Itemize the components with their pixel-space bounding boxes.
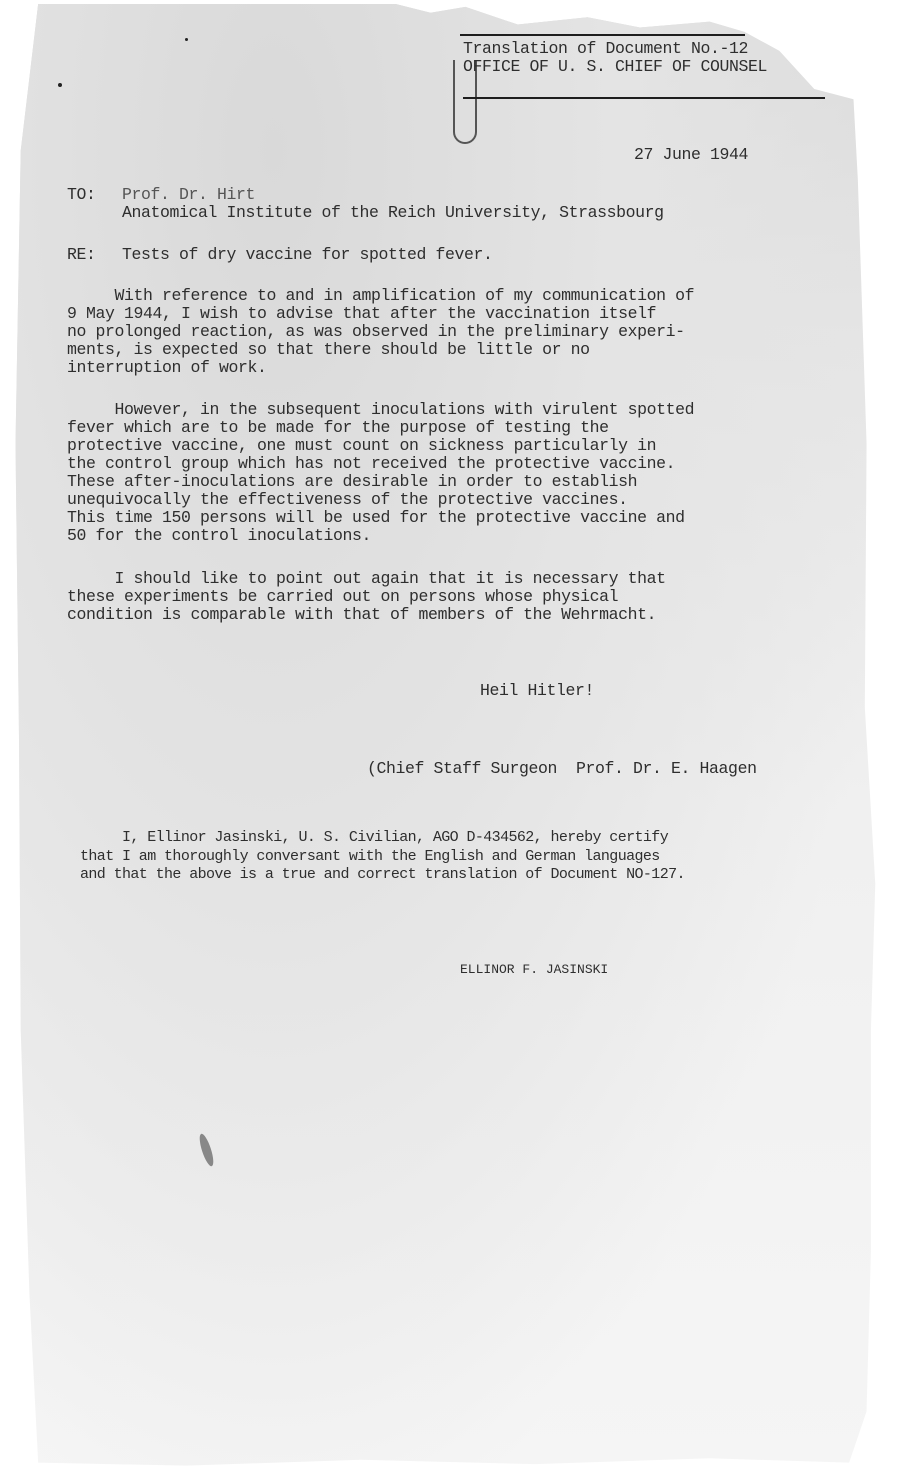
paragraph-line: However, in the subsequent inoculations …	[67, 401, 694, 419]
document-page	[12, 4, 884, 1470]
paragraph-line: unequivocally the effectiveness of the p…	[67, 491, 628, 509]
paragraph-line: these experiments be carried out on pers…	[67, 588, 618, 606]
paragraph-line: protective vaccine, one must count on si…	[67, 437, 656, 455]
header-line-1: Translation of Document No.-12	[463, 40, 748, 58]
certification-line: and that the above is a true and correct…	[80, 866, 685, 884]
re-label: RE:	[67, 246, 96, 264]
header-top-rule	[460, 34, 745, 36]
signature-line: (Chief Staff Surgeon Prof. Dr. E. Haagen	[367, 760, 757, 778]
header-line-2: OFFICE OF U. S. CHIEF OF COUNSEL	[463, 58, 767, 76]
certification-line: that I am thoroughly conversant with the…	[80, 848, 660, 866]
speck-mark	[185, 38, 188, 41]
paragraph-line: With reference to and in amplification o…	[67, 287, 694, 305]
paragraph-line: the control group which has not received…	[67, 455, 675, 473]
header-bottom-rule	[463, 97, 825, 99]
to-label: TO:	[67, 186, 96, 204]
speck-mark	[58, 83, 62, 87]
translator-name: ELLINOR F. JASINSKI	[460, 961, 608, 979]
paragraph-line: condition is comparable with that of mem…	[67, 606, 656, 624]
certification-line: I, Ellinor Jasinski, U. S. Civilian, AGO…	[80, 829, 668, 847]
paragraph-line: These after-inoculations are desirable i…	[67, 473, 637, 491]
addressee-name: Prof. Dr. Hirt	[122, 186, 255, 204]
paragraph-line: fever which are to be made for the purpo…	[67, 419, 609, 437]
paragraph-line: 9 May 1944, I wish to advise that after …	[67, 305, 656, 323]
paragraph-line: This time 150 persons will be used for t…	[67, 509, 685, 527]
closing-salutation: Heil Hitler!	[480, 682, 594, 700]
addressee-institution: Anatomical Institute of the Reich Univer…	[122, 204, 664, 222]
bleed-through-text	[120, 905, 820, 1105]
paragraph-line: interruption of work.	[67, 359, 267, 377]
subject-text: Tests of dry vaccine for spotted fever.	[122, 246, 493, 264]
letter-date: 27 June 1944	[634, 146, 748, 164]
paragraph-line: 50 for the control inoculations.	[67, 527, 371, 545]
paragraph-line: I should like to point out again that it…	[67, 570, 666, 588]
paragraph-line: no prolonged reaction, as was observed i…	[67, 323, 685, 341]
paragraph-line: ments, is expected so that there should …	[67, 341, 590, 359]
